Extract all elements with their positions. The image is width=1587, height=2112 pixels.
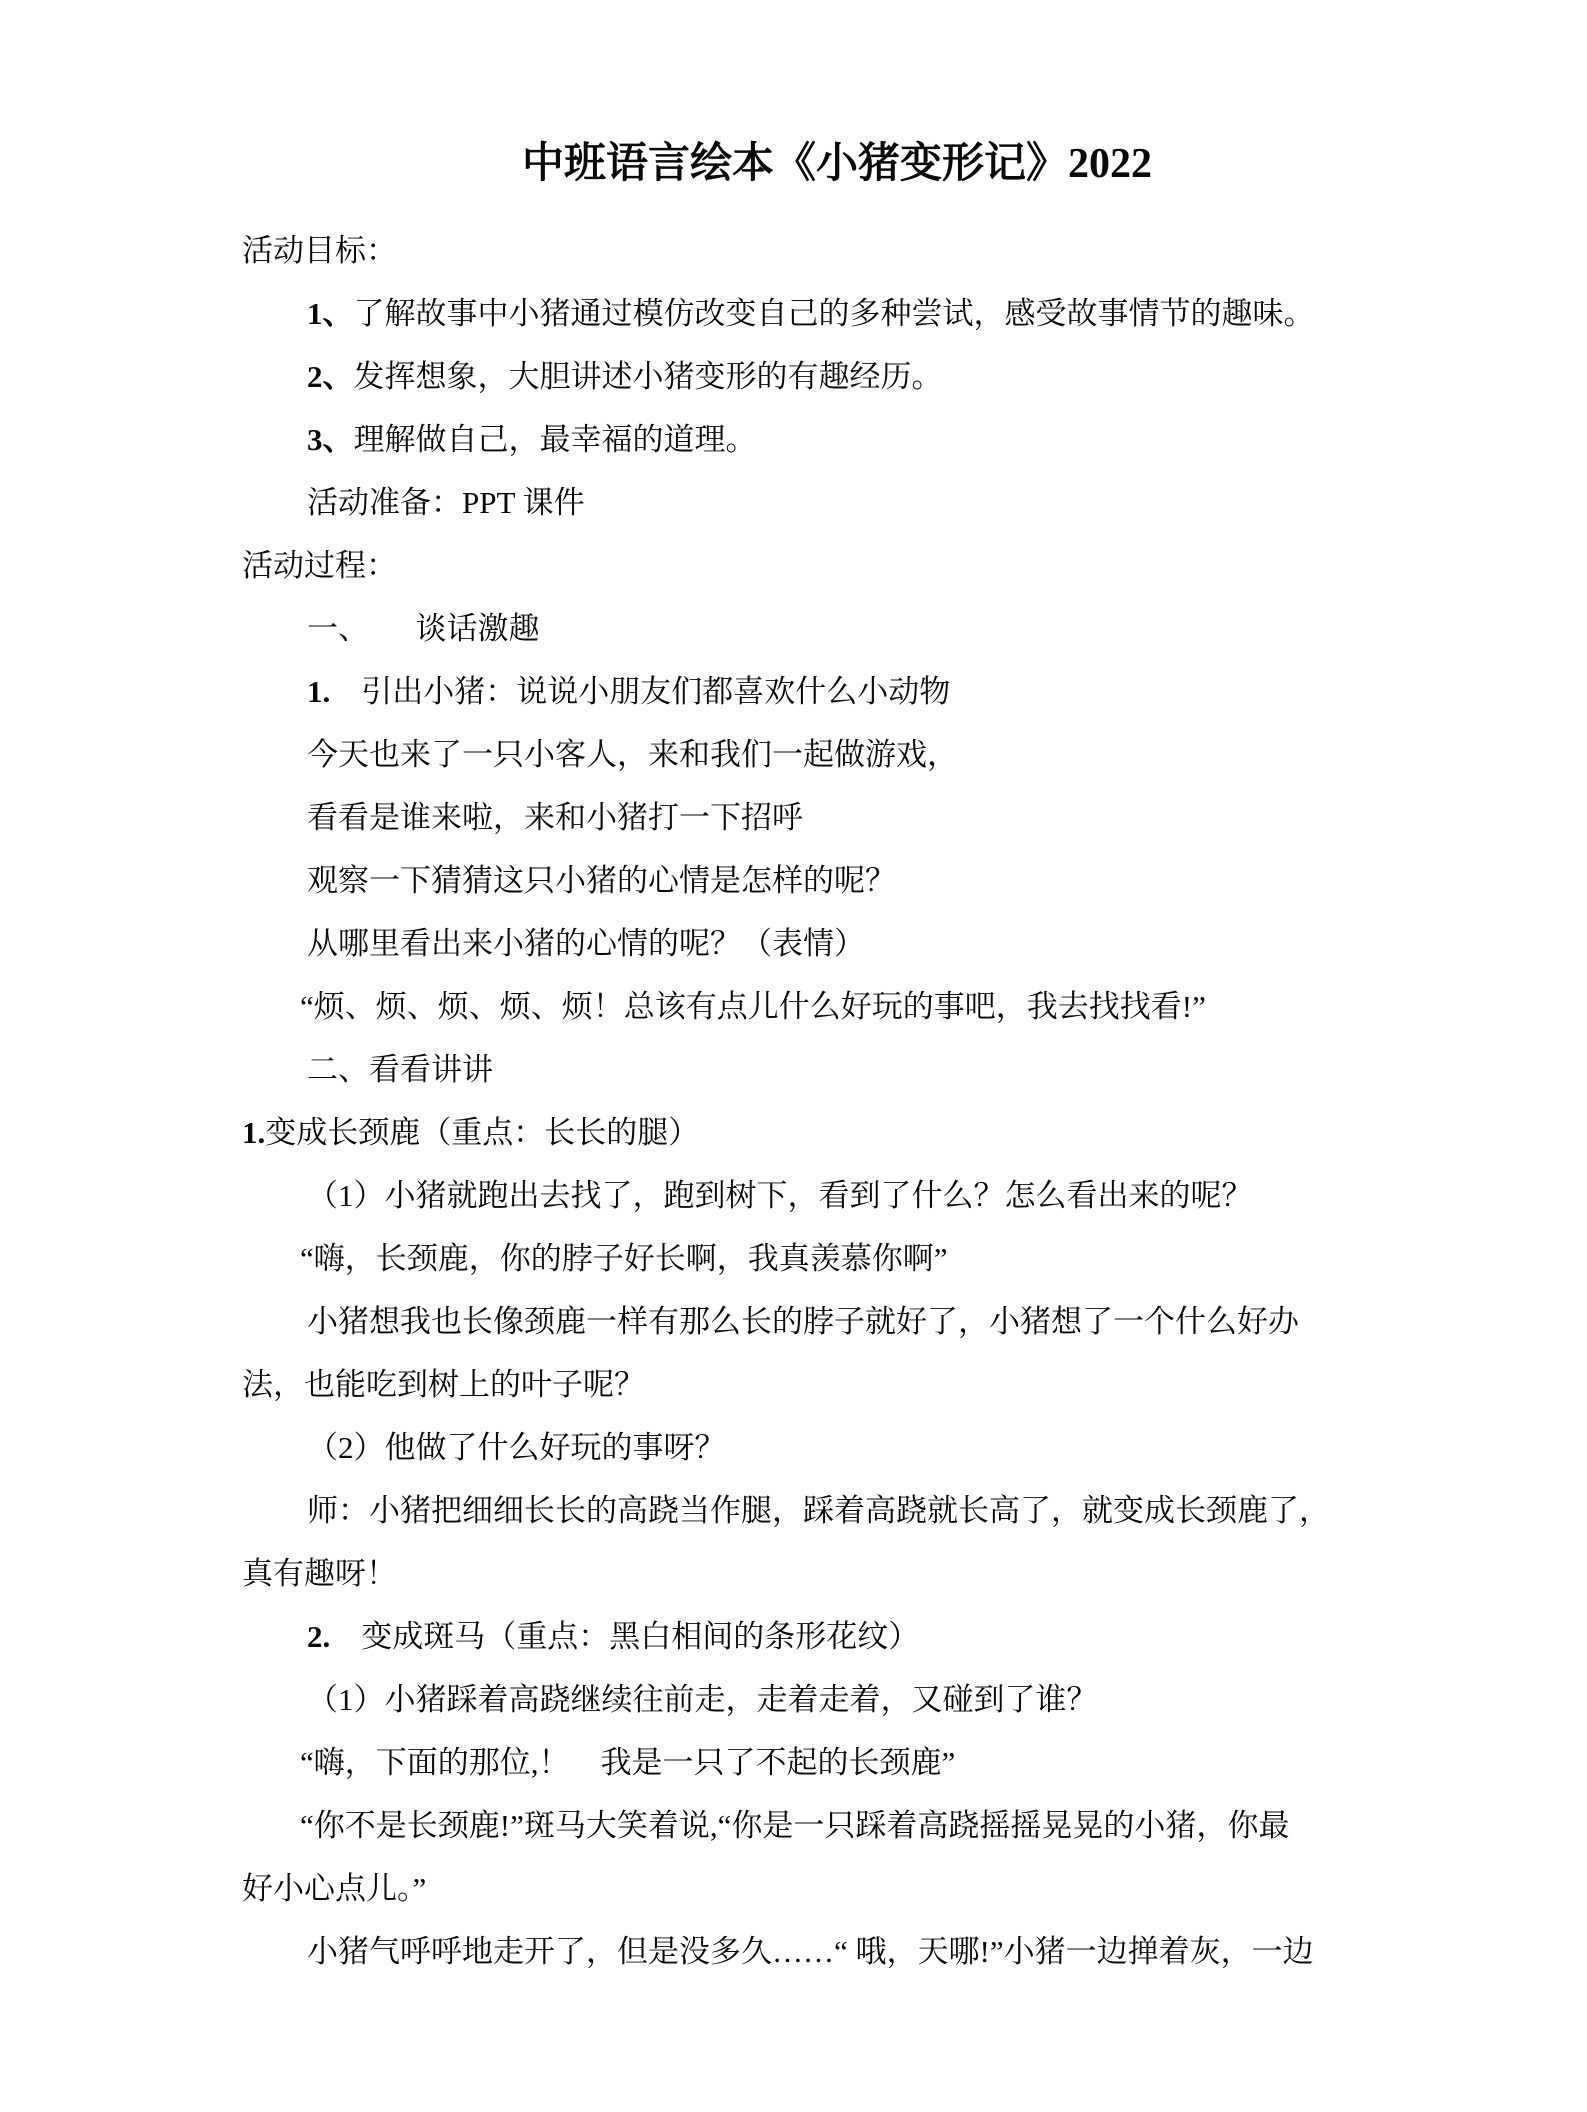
text-line: （1）小猪就跑出去找了，跑到树下，看到了什么？怎么看出来的呢？ — [307, 1164, 1362, 1227]
text-line: 今天也来了一只小客人，来和我们一起做游戏， — [307, 723, 1362, 786]
list-number: 1. — [242, 1115, 265, 1150]
text-line: 活动准备：PPT 课件 — [307, 471, 1362, 534]
text-line: 真有趣呀！ — [242, 1542, 1362, 1605]
text-line: “你不是长颈鹿!”斑马大笑着说,“你是一只踩着高跷摇摇晃晃的小猪，你最 — [300, 1794, 1362, 1857]
document-page: 中班语言绘本《小猪变形记》2022 活动目标：1、了解故事中小猪通过模仿改变自己… — [0, 0, 1587, 2112]
list-number: 1. — [307, 674, 330, 709]
text-line: 1、了解故事中小猪通过模仿改变自己的多种尝试，感受故事情节的趣味。 — [307, 282, 1362, 345]
document-body: 活动目标：1、了解故事中小猪通过模仿改变自己的多种尝试，感受故事情节的趣味。2、… — [242, 219, 1362, 1983]
text-line: 从哪里看出来小猪的心情的呢？（表情） — [307, 912, 1362, 975]
text-line: 1.变成长颈鹿（重点：长长的腿） — [242, 1101, 1362, 1164]
text-line: 一、 谈话激趣 — [307, 597, 1362, 660]
text-line: “嗨，下面的那位,！ 我是一只了不起的长颈鹿” — [300, 1731, 1362, 1794]
list-number: 2、 — [307, 359, 354, 394]
text-line: 小猪气呼呼地走开了，但是没多久……“ 哦，天哪!”小猪一边掸着灰，一边 — [307, 1920, 1362, 1983]
text-line: 2、发挥想象，大胆讲述小猪变形的有趣经历。 — [307, 345, 1362, 408]
text-line: 二、看看讲讲 — [307, 1038, 1362, 1101]
page-title: 中班语言绘本《小猪变形记》2022 — [242, 124, 1377, 204]
text-line: 2. 变成斑马（重点：黑白相间的条形花纹） — [307, 1605, 1362, 1668]
list-number: 1、 — [307, 296, 354, 331]
text-line: 师：小猪把细细长长的高跷当作腿，踩着高跷就长高了，就变成长颈鹿了， — [307, 1479, 1362, 1542]
text-line: 小猪想我也长像颈鹿一样有那么长的脖子就好了，小猪想了一个什么好办 — [307, 1290, 1362, 1353]
text-line: “烦、烦、烦、烦、烦！总该有点儿什么好玩的事吧，我去找找看!” — [300, 975, 1362, 1038]
text-line: （2）他做了什么好玩的事呀？ — [307, 1416, 1362, 1479]
text-line: 观察一下猜猜这只小猪的心情是怎样的呢？ — [307, 849, 1362, 912]
text-line: 活动过程： — [242, 534, 1362, 597]
list-number: 2. — [307, 1619, 330, 1654]
text-line: 看看是谁来啦，来和小猪打一下招呼 — [307, 786, 1362, 849]
text-line: 1. 引出小猪：说说小朋友们都喜欢什么小动物 — [307, 660, 1362, 723]
list-number: 3、 — [307, 422, 354, 457]
text-line: 好小心点儿。” — [242, 1857, 1362, 1920]
text-line: “嗨，长颈鹿，你的脖子好长啊，我真羡慕你啊” — [300, 1227, 1362, 1290]
text-line: 法，也能吃到树上的叶子呢？ — [242, 1353, 1362, 1416]
text-line: （1）小猪踩着高跷继续往前走，走着走着，又碰到了谁？ — [307, 1668, 1362, 1731]
text-line: 活动目标： — [242, 219, 1362, 282]
text-line: 3、理解做自己，最幸福的道理。 — [307, 408, 1362, 471]
